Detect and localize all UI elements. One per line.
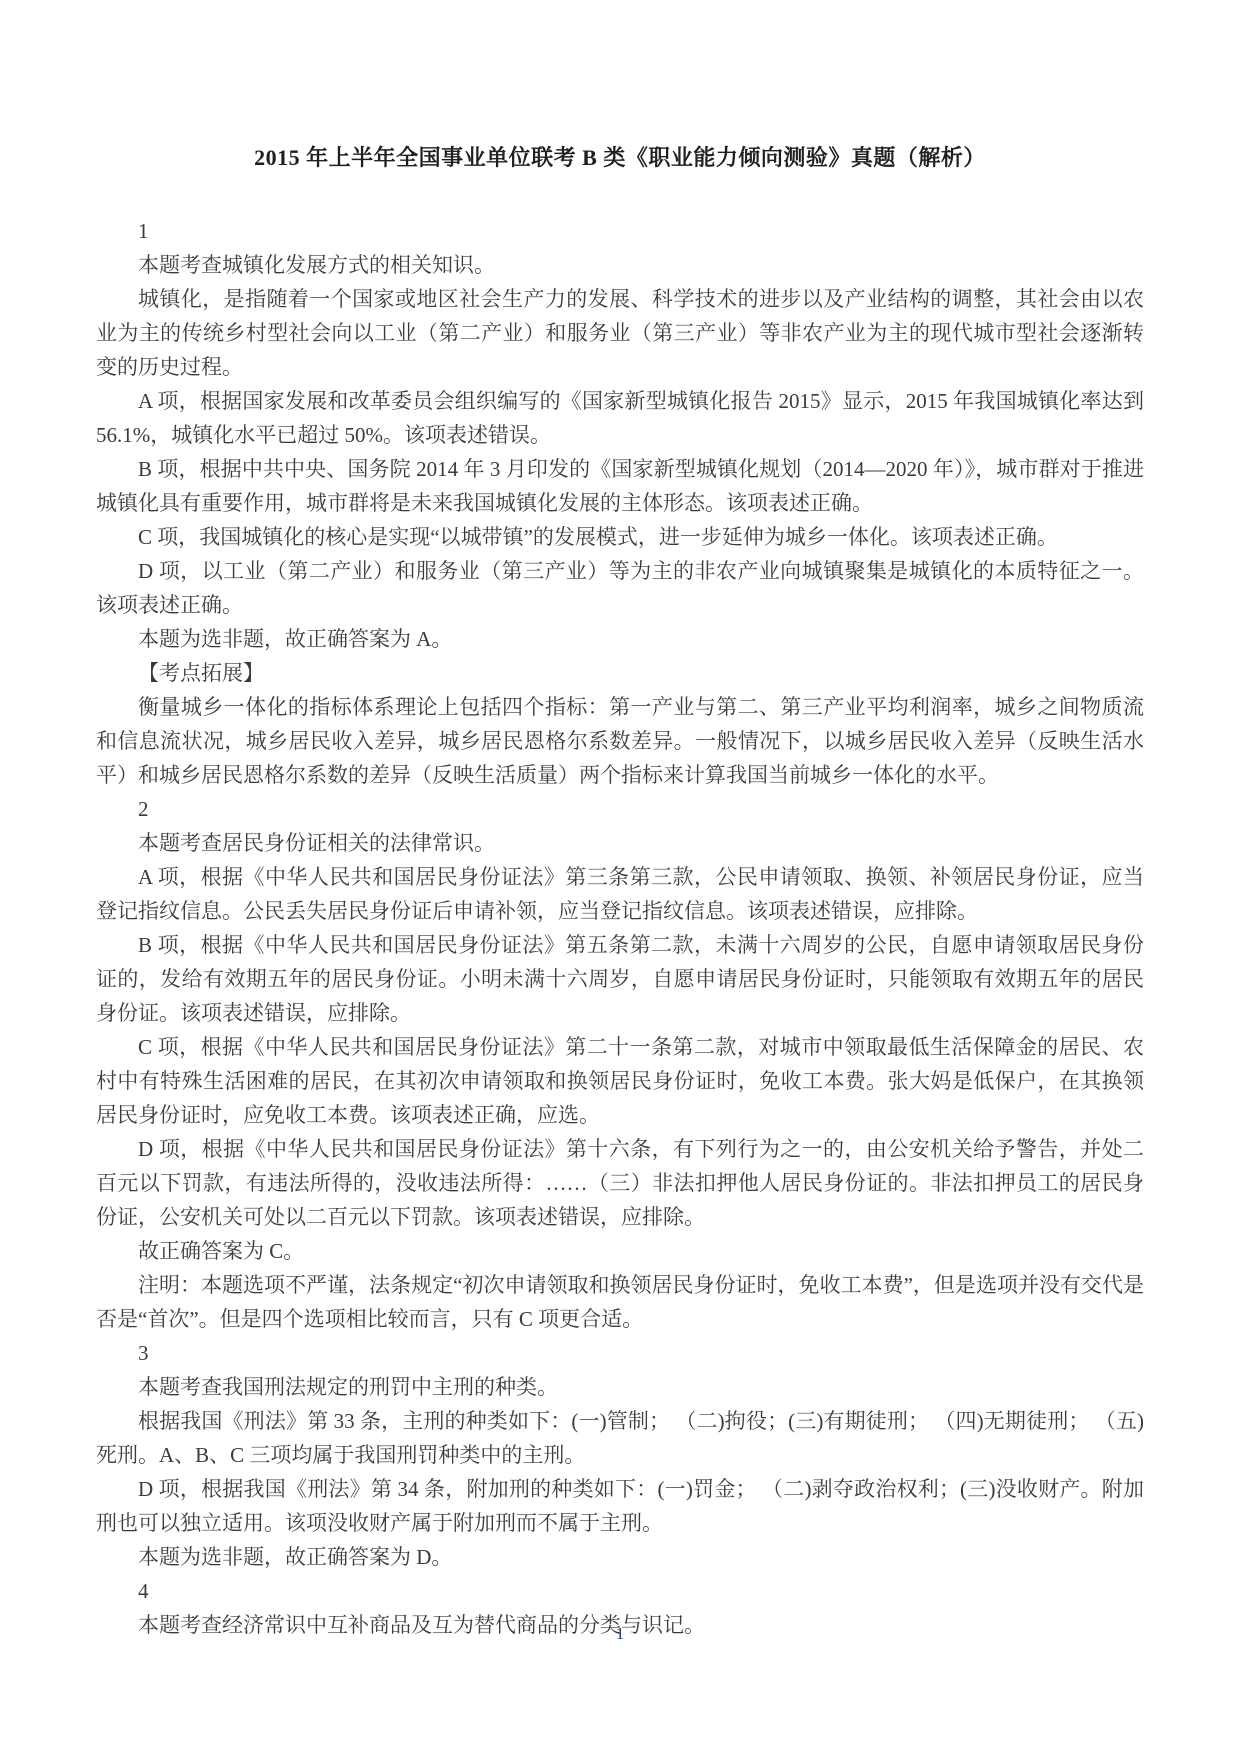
paragraph: 本题考查居民身份证相关的法律常识。 [96, 826, 1144, 860]
paragraph: 衡量城乡一体化的指标体系理论上包括四个指标：第一产业与第二、第三产业平均利润率，… [96, 690, 1144, 792]
question-number: 3 [96, 1336, 1144, 1370]
paragraph: 根据我国《刑法》第 33 条，主刑的种类如下：(一)管制； （二)拘役；(三)有… [96, 1404, 1144, 1472]
paragraph: D 项，根据我国《刑法》第 34 条，附加刑的种类如下：(一)罚金； （二)剥夺… [96, 1472, 1144, 1540]
paragraph: B 项，根据《中华人民共和国居民身份证法》第五条第二款，未满十六周岁的公民，自愿… [96, 928, 1144, 1030]
paragraph: A 项，根据《中华人民共和国居民身份证法》第三条第三款，公民申请领取、换领、补领… [96, 860, 1144, 928]
paragraph: 本题为选非题，故正确答案为 D。 [96, 1540, 1144, 1574]
paragraph: D 项，根据《中华人民共和国居民身份证法》第十六条，有下列行为之一的，由公安机关… [96, 1132, 1144, 1234]
question-number: 1 [96, 214, 1144, 248]
section-heading: 【考点拓展】 [96, 656, 1144, 690]
paragraph: B 项，根据中共中央、国务院 2014 年 3 月印发的《国家新型城镇化规划（2… [96, 452, 1144, 520]
page-number: 1 [0, 1624, 1240, 1644]
paragraph: C 项，我国城镇化的核心是实现“以城带镇”的发展模式，进一步延伸为城乡一体化。该… [96, 520, 1144, 554]
question-number: 2 [96, 792, 1144, 826]
document-page: 2015 年上半年全国事业单位联考 B 类《职业能力倾向测验》真题（解析） 1 … [0, 0, 1240, 1754]
paragraph: 本题为选非题，故正确答案为 A。 [96, 622, 1144, 656]
document-body: 1 本题考查城镇化发展方式的相关知识。 城镇化，是指随着一个国家或地区社会生产力… [96, 214, 1144, 1642]
paragraph: A 项，根据国家发展和改革委员会组织编写的《国家新型城镇化报告 2015》显示，… [96, 384, 1144, 452]
paragraph: C 项，根据《中华人民共和国居民身份证法》第二十一条第二款，对城市中领取最低生活… [96, 1030, 1144, 1132]
paragraph: D 项，以工业（第二产业）和服务业（第三产业）等为主的非农产业向城镇聚集是城镇化… [96, 554, 1144, 622]
paragraph: 注明：本题选项不严谨，法条规定“初次申请领取和换领居民身份证时，免收工本费”，但… [96, 1268, 1144, 1336]
paragraph: 本题考查城镇化发展方式的相关知识。 [96, 248, 1144, 282]
paragraph: 故正确答案为 C。 [96, 1234, 1144, 1268]
document-title: 2015 年上半年全国事业单位联考 B 类《职业能力倾向测验》真题（解析） [0, 141, 1240, 172]
question-number: 4 [96, 1574, 1144, 1608]
paragraph: 本题考查我国刑法规定的刑罚中主刑的种类。 [96, 1370, 1144, 1404]
paragraph: 城镇化，是指随着一个国家或地区社会生产力的发展、科学技术的进步以及产业结构的调整… [96, 282, 1144, 384]
